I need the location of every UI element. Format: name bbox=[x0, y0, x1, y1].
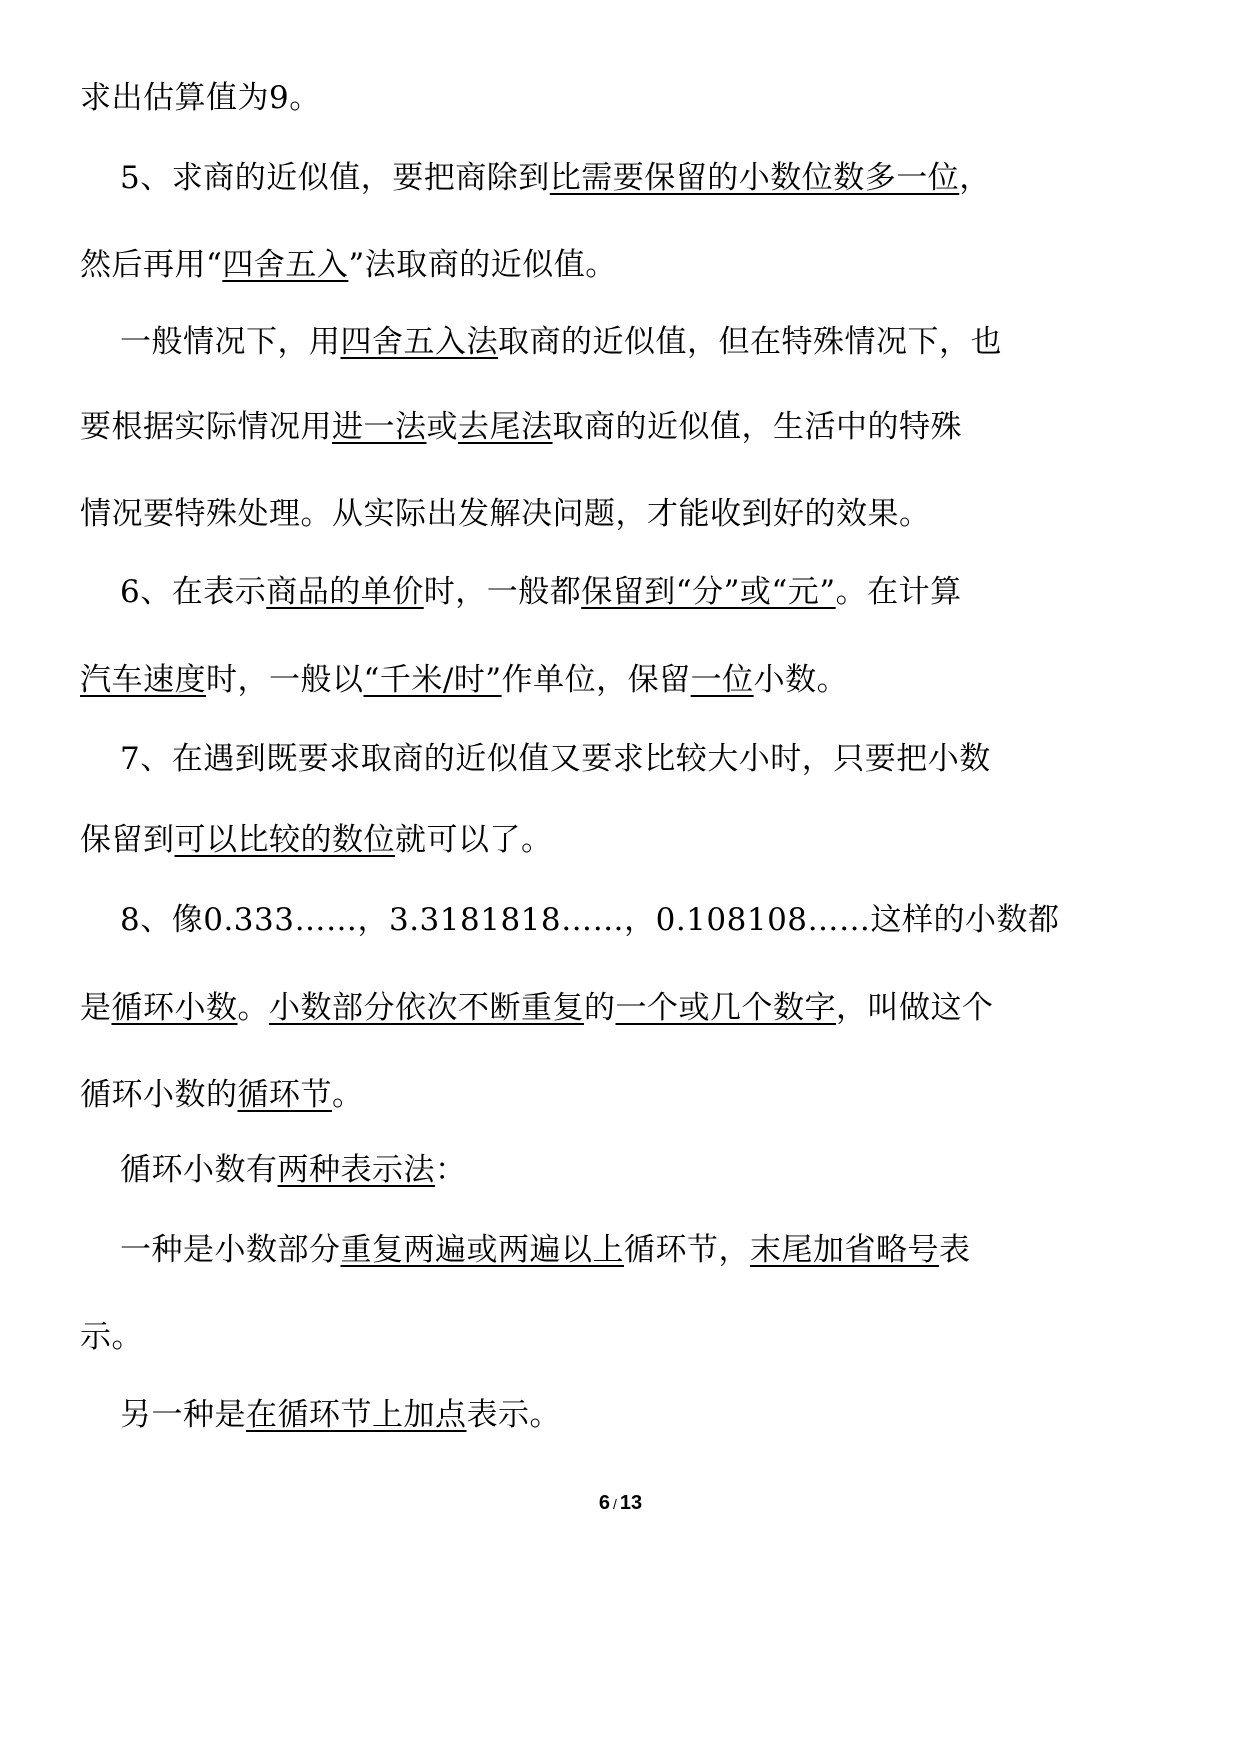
paragraph-line: 汽车速度时，一般以“千米/时”作单位，保留一位小数。 bbox=[80, 660, 848, 700]
paragraph-line: 是循环小数。小数部分依次不断重复的一个或几个数字，叫做这个 bbox=[80, 988, 994, 1028]
paragraph-line: 然后再用“四舍五入”法取商的近似值。 bbox=[80, 245, 617, 285]
underlined-term: 在循环节上加点 bbox=[246, 1397, 467, 1433]
text-segment: 表示。 bbox=[467, 1397, 562, 1433]
underlined-term: 汽车速度 bbox=[80, 662, 206, 698]
text-segment: 就可以了。 bbox=[395, 822, 553, 858]
text-segment: 的 bbox=[584, 990, 616, 1026]
text-segment: 循环节， bbox=[624, 1232, 750, 1268]
paragraph-line: 7、在遇到既要求取商的近似值又要求比较大小时，只要把小数 bbox=[120, 739, 991, 779]
paragraph-line: 要根据实际情况用进一法或去尾法取商的近似值，生活中的特殊 bbox=[80, 407, 962, 447]
text-segment: 作单位，保留 bbox=[502, 662, 691, 698]
text-segment: 取商的近似值，但在特殊情况下，也 bbox=[498, 324, 1002, 360]
underlined-term: 去尾法 bbox=[458, 409, 553, 445]
paragraph-line: 6、在表示商品的单价时，一般都保留到“分”或“元”。在计算 bbox=[120, 572, 962, 612]
underlined-term: 比需要保留的小数位数多一位 bbox=[550, 160, 960, 196]
page-separator: / bbox=[613, 1496, 617, 1512]
underlined-term: 进一法 bbox=[332, 409, 427, 445]
text-segment: 7、在遇到既要求取商的近似值又要求比较大小时，只要把小数 bbox=[120, 741, 991, 777]
text-segment: ”法取商的近似值。 bbox=[348, 247, 616, 283]
underlined-term: “千米/时” bbox=[364, 662, 502, 698]
text-segment: 。 bbox=[332, 1077, 364, 1113]
text-segment: 是 bbox=[80, 990, 112, 1026]
paragraph-line: 8、像0.333……，3.3181818……，0.108108……这样的小数都 bbox=[120, 900, 1060, 940]
paragraph-line: 循环小数有两种表示法： bbox=[120, 1150, 467, 1190]
paragraph-line: 求出估算值为9。 bbox=[80, 78, 321, 118]
underlined-term: 商品的单价 bbox=[266, 574, 424, 610]
text-segment: 一般情况下，用 bbox=[120, 324, 341, 360]
text-segment: ， bbox=[959, 160, 991, 196]
text-segment: 。在计算 bbox=[836, 574, 962, 610]
underlined-term: 重复两遍或两遍以上 bbox=[341, 1232, 625, 1268]
underlined-term: 四舍五入法 bbox=[341, 324, 499, 360]
text-segment: 循环小数有 bbox=[120, 1152, 278, 1188]
paragraph-line: 另一种是在循环节上加点表示。 bbox=[120, 1395, 561, 1435]
paragraph-line: 一般情况下，用四舍五入法取商的近似值，但在特殊情况下，也 bbox=[120, 322, 1002, 362]
underlined-term: 可以比较的数位 bbox=[175, 822, 396, 858]
paragraph-line: 保留到可以比较的数位就可以了。 bbox=[80, 820, 553, 860]
underlined-term: 末尾加省略号 bbox=[750, 1232, 939, 1268]
underlined-term: 循环节 bbox=[238, 1077, 333, 1113]
underlined-term: 四舍五入 bbox=[222, 247, 348, 283]
text-segment: 或 bbox=[427, 409, 459, 445]
text-segment: 取商的近似值，生活中的特殊 bbox=[553, 409, 963, 445]
underlined-term: 一个或几个数字 bbox=[616, 990, 837, 1026]
total-pages: 13 bbox=[620, 1492, 642, 1514]
text-segment: 求出估算值为9。 bbox=[80, 80, 321, 116]
text-segment: 时，一般都 bbox=[424, 574, 582, 610]
text-segment: 保留到 bbox=[80, 822, 175, 858]
text-segment: 要根据实际情况用 bbox=[80, 409, 332, 445]
text-segment: 一种是小数部分 bbox=[120, 1232, 341, 1268]
underlined-term: 保留到“分”或“元” bbox=[581, 574, 835, 610]
text-segment: 5、求商的近似值，要把商除到 bbox=[120, 160, 550, 196]
paragraph-line: 示。 bbox=[80, 1317, 143, 1357]
text-segment: ，叫做这个 bbox=[836, 990, 994, 1026]
text-segment: 情况要特殊处理。从实际出发解决问题，才能收到好的效果。 bbox=[80, 496, 931, 532]
text-segment: 8、像0.333……，3.3181818……，0.108108……这样的小数都 bbox=[120, 902, 1060, 938]
paragraph-line: 循环小数的循环节。 bbox=[80, 1075, 364, 1115]
underlined-term: 两种表示法 bbox=[278, 1152, 436, 1188]
paragraph-line: 5、求商的近似值，要把商除到比需要保留的小数位数多一位， bbox=[120, 158, 991, 198]
text-segment: 循环小数的 bbox=[80, 1077, 238, 1113]
underlined-term: 循环小数 bbox=[112, 990, 238, 1026]
text-segment: 示。 bbox=[80, 1319, 143, 1355]
current-page: 6 bbox=[599, 1492, 610, 1514]
paragraph-line: 一种是小数部分重复两遍或两遍以上循环节，末尾加省略号表 bbox=[120, 1230, 971, 1270]
text-segment: 时，一般以 bbox=[206, 662, 364, 698]
text-segment: 表 bbox=[939, 1232, 971, 1268]
text-segment: ： bbox=[435, 1152, 467, 1188]
text-segment: 6、在表示 bbox=[120, 574, 266, 610]
text-segment: 。 bbox=[238, 990, 270, 1026]
text-segment: 另一种是 bbox=[120, 1397, 246, 1433]
paragraph-line: 情况要特殊处理。从实际出发解决问题，才能收到好的效果。 bbox=[80, 494, 931, 534]
text-segment: 然后再用“ bbox=[80, 247, 222, 283]
text-segment: 小数。 bbox=[754, 662, 849, 698]
underlined-term: 小数部分依次不断重复 bbox=[269, 990, 584, 1026]
page-number: 6/13 bbox=[0, 1492, 1241, 1515]
underlined-term: 一位 bbox=[691, 662, 754, 698]
